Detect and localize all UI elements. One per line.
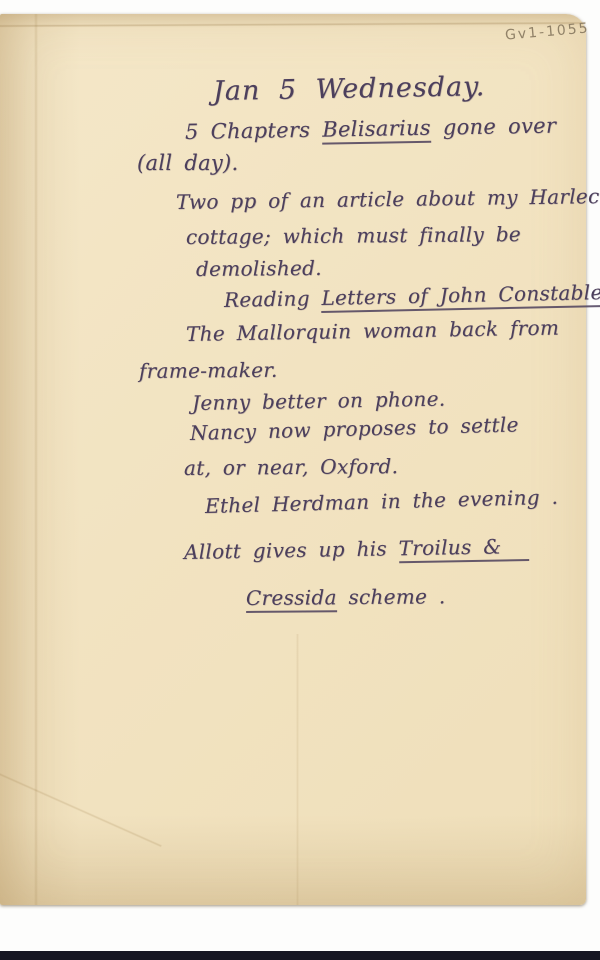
scanned-diary-page: Gv1-1055 Jan 5 Wednesday. 5 Chapters Bel… <box>0 0 600 960</box>
paper-center-crease <box>296 634 299 905</box>
scanner-edge-bar <box>0 951 600 960</box>
paper-top-crease <box>0 21 586 27</box>
paper-diagonal-crease <box>0 763 162 847</box>
diary-paper-leaf <box>0 14 586 905</box>
paper-gutter-crease <box>34 14 38 905</box>
